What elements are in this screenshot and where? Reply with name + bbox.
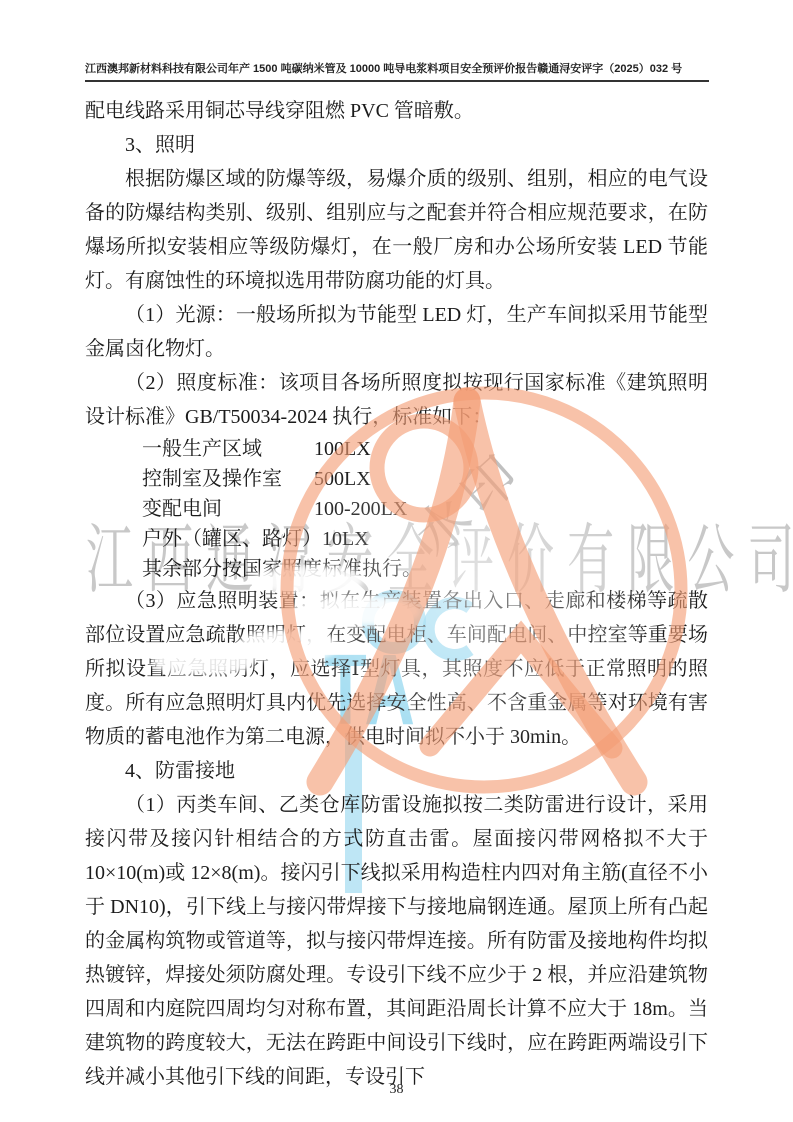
paragraph-explosion-proof: 根据防爆区域的防爆等级，易爆介质的级别、组别，相应的电气设备的防爆结构类别、级别… xyxy=(85,162,708,298)
document-header-title: 江西澳邦新材料科技有限公司年产 1500 吨碳纳米管及 10000 吨导电浆料项… xyxy=(85,60,709,82)
paragraph-light-source: （1）光源：一般场所拟为节能型 LED 灯，生产车间拟采用节能型金属卤化物灯。 xyxy=(85,298,708,366)
paragraph-intro: 配电线路采用铜芯导线穿阻燃 PVC 管暗敷。 xyxy=(85,94,708,128)
paragraph-lightning-protection: （1）丙类车间、乙类仓库防雷设施拟按二类防雷进行设计，采用接闪带及接闪针相结合的… xyxy=(85,788,708,1094)
white-haze xyxy=(270,430,670,760)
page-number: 38 xyxy=(0,1082,793,1098)
paragraph-illuminance-standard: （2）照度标准：该项目各场所照度拟按现行国家标准《建筑照明设计标准》GB/T50… xyxy=(85,366,708,434)
white-haze xyxy=(255,566,363,594)
illuminance-label: 控制室及操作室 xyxy=(142,464,314,494)
illuminance-label: 变配电间 xyxy=(142,494,314,524)
white-haze xyxy=(152,648,254,675)
white-haze xyxy=(292,596,420,626)
document-page: 江西通浔安全评价有限公司 水印 TA 江西澳邦新材料科技有限公司年产 1500 … xyxy=(0,0,793,1122)
heading-lightning-grounding: 4、防雷接地 xyxy=(85,754,708,788)
illuminance-label: 一般生产区域 xyxy=(142,434,314,464)
heading-lighting: 3、照明 xyxy=(85,128,708,162)
